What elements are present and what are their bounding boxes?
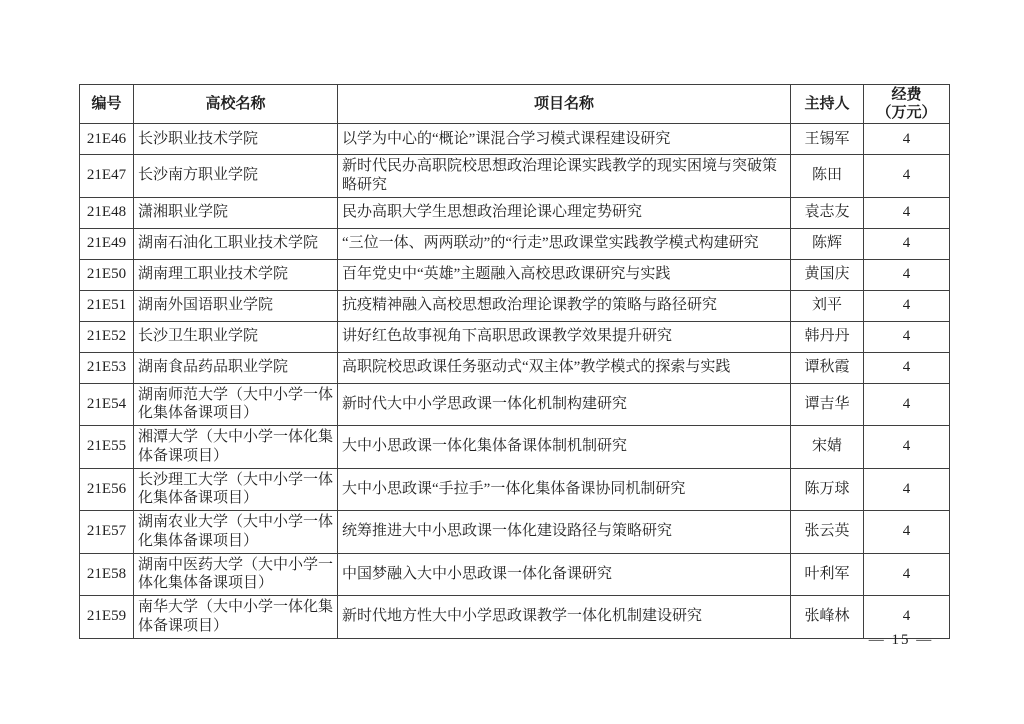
cell-fund: 4 [864, 352, 950, 383]
table-row: 21E47 长沙南方职业学院 新时代民办高职院校思想政治理论课实践教学的现实困境… [80, 155, 950, 198]
cell-university: 湖南石油化工职业技术学院 [134, 228, 338, 259]
cell-fund: 4 [864, 553, 950, 596]
cell-id: 21E55 [80, 426, 134, 469]
cell-project: 民办高职大学生思想政治理论课心理定势研究 [338, 197, 791, 228]
cell-id: 21E53 [80, 352, 134, 383]
cell-fund: 4 [864, 383, 950, 426]
cell-host: 陈辉 [791, 228, 864, 259]
cell-project: 百年党史中“英雄”主题融入高校思政课研究与实践 [338, 259, 791, 290]
cell-fund: 4 [864, 197, 950, 228]
table-row: 21E51 湖南外国语职业学院 抗疫精神融入高校思想政治理论课教学的策略与路径研… [80, 290, 950, 321]
cell-host: 陈万球 [791, 468, 864, 511]
cell-fund: 4 [864, 124, 950, 155]
cell-project: 以学为中心的“概论”课混合学习模式课程建设研究 [338, 124, 791, 155]
column-header-university: 高校名称 [134, 85, 338, 124]
table-row: 21E57 湖南农业大学（大中小学一体化集体备课项目） 统筹推进大中小思政课一体… [80, 511, 950, 554]
cell-university: 湖南农业大学（大中小学一体化集体备课项目） [134, 511, 338, 554]
cell-host: 宋婧 [791, 426, 864, 469]
cell-host: 韩丹丹 [791, 321, 864, 352]
cell-id: 21E57 [80, 511, 134, 554]
column-header-id: 编号 [80, 85, 134, 124]
column-header-fund: 经费 （万元） [864, 85, 950, 124]
cell-project: 中国梦融入大中小思政课一体化备课研究 [338, 553, 791, 596]
table-row: 21E53 湖南食品药品职业学院 高职院校思政课任务驱动式“双主体”教学模式的探… [80, 352, 950, 383]
cell-project: 统筹推进大中小思政课一体化建设路径与策略研究 [338, 511, 791, 554]
cell-university: 湖南食品药品职业学院 [134, 352, 338, 383]
cell-fund: 4 [864, 321, 950, 352]
cell-fund: 4 [864, 259, 950, 290]
cell-id: 21E58 [80, 553, 134, 596]
cell-project: 抗疫精神融入高校思想政治理论课教学的策略与路径研究 [338, 290, 791, 321]
cell-project: 新时代大中小学思政课一体化机制构建研究 [338, 383, 791, 426]
cell-id: 21E46 [80, 124, 134, 155]
table-row: 21E48 潇湘职业学院 民办高职大学生思想政治理论课心理定势研究 袁志友 4 [80, 197, 950, 228]
cell-project: 大中小思政课一体化集体备课体制机制研究 [338, 426, 791, 469]
cell-university: 湖南外国语职业学院 [134, 290, 338, 321]
document-page: 编号 高校名称 项目名称 主持人 经费 （万元） 21E46 长沙职业技术学院 … [0, 0, 1024, 724]
cell-fund: 4 [864, 155, 950, 198]
cell-project: 讲好红色故事视角下高职思政课教学效果提升研究 [338, 321, 791, 352]
cell-project: 高职院校思政课任务驱动式“双主体”教学模式的探索与实践 [338, 352, 791, 383]
cell-university: 湖南师范大学（大中小学一体化集体备课项目） [134, 383, 338, 426]
cell-fund: 4 [864, 290, 950, 321]
column-header-project: 项目名称 [338, 85, 791, 124]
cell-host: 谭秋霞 [791, 352, 864, 383]
table-row: 21E59 南华大学（大中小学一体化集体备课项目） 新时代地方性大中小学思政课教… [80, 596, 950, 639]
cell-host: 张云英 [791, 511, 864, 554]
cell-project: “三位一体、两两联动”的“行走”思政课堂实践教学模式构建研究 [338, 228, 791, 259]
cell-host: 黄国庆 [791, 259, 864, 290]
cell-id: 21E51 [80, 290, 134, 321]
cell-project: 新时代地方性大中小学思政课教学一体化机制建设研究 [338, 596, 791, 639]
table-row: 21E49 湖南石油化工职业技术学院 “三位一体、两两联动”的“行走”思政课堂实… [80, 228, 950, 259]
cell-university: 湘潭大学（大中小学一体化集体备课项目） [134, 426, 338, 469]
cell-host: 张峰林 [791, 596, 864, 639]
cell-university: 南华大学（大中小学一体化集体备课项目） [134, 596, 338, 639]
page-number: — 15 — [856, 632, 946, 649]
cell-university: 湖南中医药大学（大中小学一体化集体备课项目） [134, 553, 338, 596]
cell-id: 21E50 [80, 259, 134, 290]
cell-project: 大中小思政课“手拉手”一体化集体备课协同机制研究 [338, 468, 791, 511]
cell-host: 袁志友 [791, 197, 864, 228]
cell-fund: 4 [864, 228, 950, 259]
table-row: 21E55 湘潭大学（大中小学一体化集体备课项目） 大中小思政课一体化集体备课体… [80, 426, 950, 469]
cell-university: 长沙理工大学（大中小学一体化集体备课项目） [134, 468, 338, 511]
projects-table: 编号 高校名称 项目名称 主持人 经费 （万元） 21E46 长沙职业技术学院 … [79, 84, 950, 639]
cell-id: 21E56 [80, 468, 134, 511]
table-row: 21E54 湖南师范大学（大中小学一体化集体备课项目） 新时代大中小学思政课一体… [80, 383, 950, 426]
cell-id: 21E54 [80, 383, 134, 426]
cell-id: 21E59 [80, 596, 134, 639]
cell-university: 长沙卫生职业学院 [134, 321, 338, 352]
cell-id: 21E49 [80, 228, 134, 259]
cell-host: 谭吉华 [791, 383, 864, 426]
cell-fund: 4 [864, 511, 950, 554]
cell-host: 刘平 [791, 290, 864, 321]
table-row: 21E52 长沙卫生职业学院 讲好红色故事视角下高职思政课教学效果提升研究 韩丹… [80, 321, 950, 352]
cell-fund: 4 [864, 468, 950, 511]
cell-id: 21E48 [80, 197, 134, 228]
table-row: 21E50 湖南理工职业技术学院 百年党史中“英雄”主题融入高校思政课研究与实践… [80, 259, 950, 290]
cell-project: 新时代民办高职院校思想政治理论课实践教学的现实困境与突破策略研究 [338, 155, 791, 198]
column-header-host: 主持人 [791, 85, 864, 124]
table-row: 21E56 长沙理工大学（大中小学一体化集体备课项目） 大中小思政课“手拉手”一… [80, 468, 950, 511]
cell-university: 长沙南方职业学院 [134, 155, 338, 198]
cell-host: 王锡军 [791, 124, 864, 155]
header-row: 编号 高校名称 项目名称 主持人 经费 （万元） [80, 85, 950, 124]
cell-university: 湖南理工职业技术学院 [134, 259, 338, 290]
table-row: 21E58 湖南中医药大学（大中小学一体化集体备课项目） 中国梦融入大中小思政课… [80, 553, 950, 596]
cell-id: 21E52 [80, 321, 134, 352]
table-body: 21E46 长沙职业技术学院 以学为中心的“概论”课混合学习模式课程建设研究 王… [80, 124, 950, 639]
cell-university: 潇湘职业学院 [134, 197, 338, 228]
cell-host: 陈田 [791, 155, 864, 198]
cell-host: 叶利军 [791, 553, 864, 596]
cell-id: 21E47 [80, 155, 134, 198]
table-row: 21E46 长沙职业技术学院 以学为中心的“概论”课混合学习模式课程建设研究 王… [80, 124, 950, 155]
cell-university: 长沙职业技术学院 [134, 124, 338, 155]
cell-fund: 4 [864, 426, 950, 469]
table-header: 编号 高校名称 项目名称 主持人 经费 （万元） [80, 85, 950, 124]
